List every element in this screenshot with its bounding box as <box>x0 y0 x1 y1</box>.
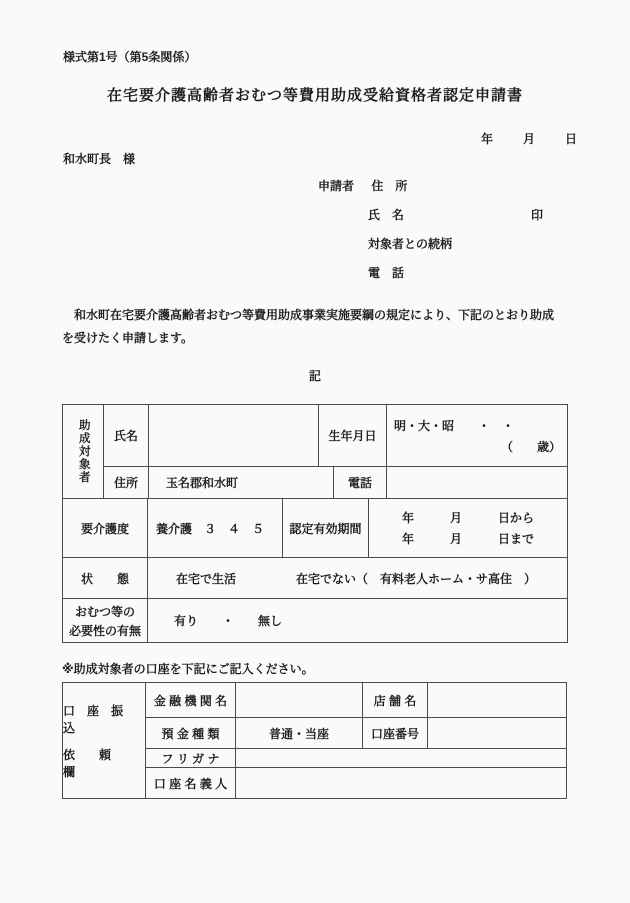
applicant-relation-label: 対象者との続柄 <box>368 235 452 252</box>
subject-rows-right: 氏名 生年月日 明・大・昭 ・ ・ （ 歳） 住所 玉名郡和水町 電話 <box>104 405 568 499</box>
bank-row-deposit-type: 預 金 種 類 普通・当座 口座番号 <box>146 718 567 749</box>
birth-value-cell: 明・大・昭 ・ ・ （ 歳） <box>387 405 568 467</box>
subject-label: 助成対象者 <box>77 419 89 484</box>
furigana-value <box>236 749 567 768</box>
account-note: ※助成対象者の口座を下記にご記入ください。 <box>62 660 314 677</box>
name-birth-row: 氏名 生年月日 明・大・昭 ・ ・ （ 歳） <box>104 405 568 467</box>
address-label: 住所 <box>104 467 149 499</box>
body-paragraph: 和水町在宅要介護高齢者おむつ等費用助成事業実施要綱の規定により、下記のとおり助成… <box>62 304 570 350</box>
branch-label: 店 舗 名 <box>363 683 428 718</box>
care-level-label: 要介護度 <box>63 499 148 558</box>
body-line-2: を受けたく申請します。 <box>62 327 570 350</box>
status-row: 状 態 在宅で生活 在宅でない（ 有料老人ホーム・サ高住 ） <box>63 558 568 599</box>
bank-rows: 金 融 機 関 名 店 舗 名 預 金 種 類 普通・当座 口座番号 フ リ ガ… <box>146 683 567 799</box>
applicant-name-label: 氏 名 <box>368 206 404 223</box>
bank-section-label-cell: 口 座 振 込 依 頼 欄 <box>63 683 146 799</box>
page-title: 在宅要介護高齢者おむつ等費用助成受給資格者認定申請書 <box>0 84 630 105</box>
name-value-cell <box>149 405 319 467</box>
account-number-value <box>428 718 567 749</box>
date-year-label: 年 <box>481 130 493 147</box>
date-day-label: 日 <box>565 130 577 147</box>
name-label: 氏名 <box>104 405 149 467</box>
address-value: 玉名郡和水町 <box>149 467 334 499</box>
cert-period-value-cell: 年 月 日から 年 月 日まで <box>369 499 568 558</box>
deposit-type-label: 預 金 種 類 <box>146 718 236 749</box>
applicant-block: 申請者 住 所 <box>318 177 407 194</box>
applicant-info-table: 助成対象者 氏名 生年月日 明・大・昭 ・ ・ （ 歳） 住所 玉名郡和水町 電… <box>62 404 568 643</box>
applicant-label: 申請者 <box>318 179 354 193</box>
bank-section-label-line2: 依 頼 欄 <box>63 746 145 780</box>
financial-institution-label: 金 融 機 関 名 <box>146 683 236 718</box>
birth-age-line: （ 歳） <box>387 438 567 455</box>
application-form-page: 様式第1号（第5条関係） 在宅要介護高齢者おむつ等費用助成受給資格者認定申請書 … <box>0 0 630 903</box>
deposit-type-value: 普通・当座 <box>236 718 363 749</box>
branch-value <box>428 683 567 718</box>
status-label: 状 態 <box>63 558 148 599</box>
birth-label: 生年月日 <box>319 405 387 467</box>
body-line-1: 和水町在宅要介護高齢者おむつ等費用助成事業実施要綱の規定により、下記のとおり助成 <box>62 304 570 327</box>
applicant-address-label: 住 所 <box>371 179 407 193</box>
cert-period-label: 認定有効期間 <box>283 499 369 558</box>
applicant-phone-label: 電 話 <box>368 264 404 281</box>
birth-era-line: 明・大・昭 ・ ・ <box>387 417 567 434</box>
diaper-label-line1: おむつ等の <box>75 603 135 620</box>
diaper-row: おむつ等の 必要性の有無 有り ・ 無し <box>63 599 568 643</box>
ki-heading: 記 <box>0 367 630 384</box>
financial-institution-value <box>236 683 363 718</box>
diaper-label-cell: おむつ等の 必要性の有無 <box>63 599 148 643</box>
bank-transfer-table: 口 座 振 込 依 頼 欄 金 融 機 関 名 店 舗 名 預 金 種 類 普通… <box>62 682 567 799</box>
date-line: 年 月 日 <box>481 130 577 147</box>
diaper-label-line2: 必要性の有無 <box>69 622 141 639</box>
date-month-label: 月 <box>523 130 535 147</box>
care-level-row: 要介護度 養介護 ３ ４ ５ 認定有効期間 年 月 日から 年 月 日まで <box>63 499 568 558</box>
bank-row-furigana: フ リ ガ ナ <box>146 749 567 768</box>
account-holder-value <box>236 768 567 799</box>
addressee: 和水町長 様 <box>63 150 135 167</box>
bank-row-account-holder: 口 座 名 義 人 <box>146 768 567 799</box>
account-holder-label: 口 座 名 義 人 <box>146 768 236 799</box>
cert-period-to: 年 月 日まで <box>369 530 567 547</box>
diaper-value: 有り ・ 無し <box>148 599 568 643</box>
cert-period-from: 年 月 日から <box>369 509 567 526</box>
care-level-value: 養介護 ３ ４ ５ <box>148 499 283 558</box>
bank-row-institution: 金 融 機 関 名 店 舗 名 <box>146 683 567 718</box>
status-value: 在宅で生活 在宅でない（ 有料老人ホーム・サ高住 ） <box>148 558 568 599</box>
furigana-label: フ リ ガ ナ <box>146 749 236 768</box>
tel-value-cell <box>387 467 568 499</box>
subject-label-cell: 助成対象者 <box>63 405 104 499</box>
seal-label: 印 <box>531 206 543 223</box>
subject-rows: 助成対象者 氏名 生年月日 明・大・昭 ・ ・ （ 歳） 住所 玉名郡和水町 電… <box>63 405 568 499</box>
bank-section-label-line1: 口 座 振 込 <box>63 702 145 736</box>
tel-label: 電話 <box>334 467 387 499</box>
account-number-label: 口座番号 <box>363 718 428 749</box>
address-tel-row: 住所 玉名郡和水町 電話 <box>104 467 568 499</box>
form-number: 様式第1号（第5条関係） <box>63 48 196 65</box>
bank-table-body: 口 座 振 込 依 頼 欄 金 融 機 関 名 店 舗 名 預 金 種 類 普通… <box>63 683 567 799</box>
